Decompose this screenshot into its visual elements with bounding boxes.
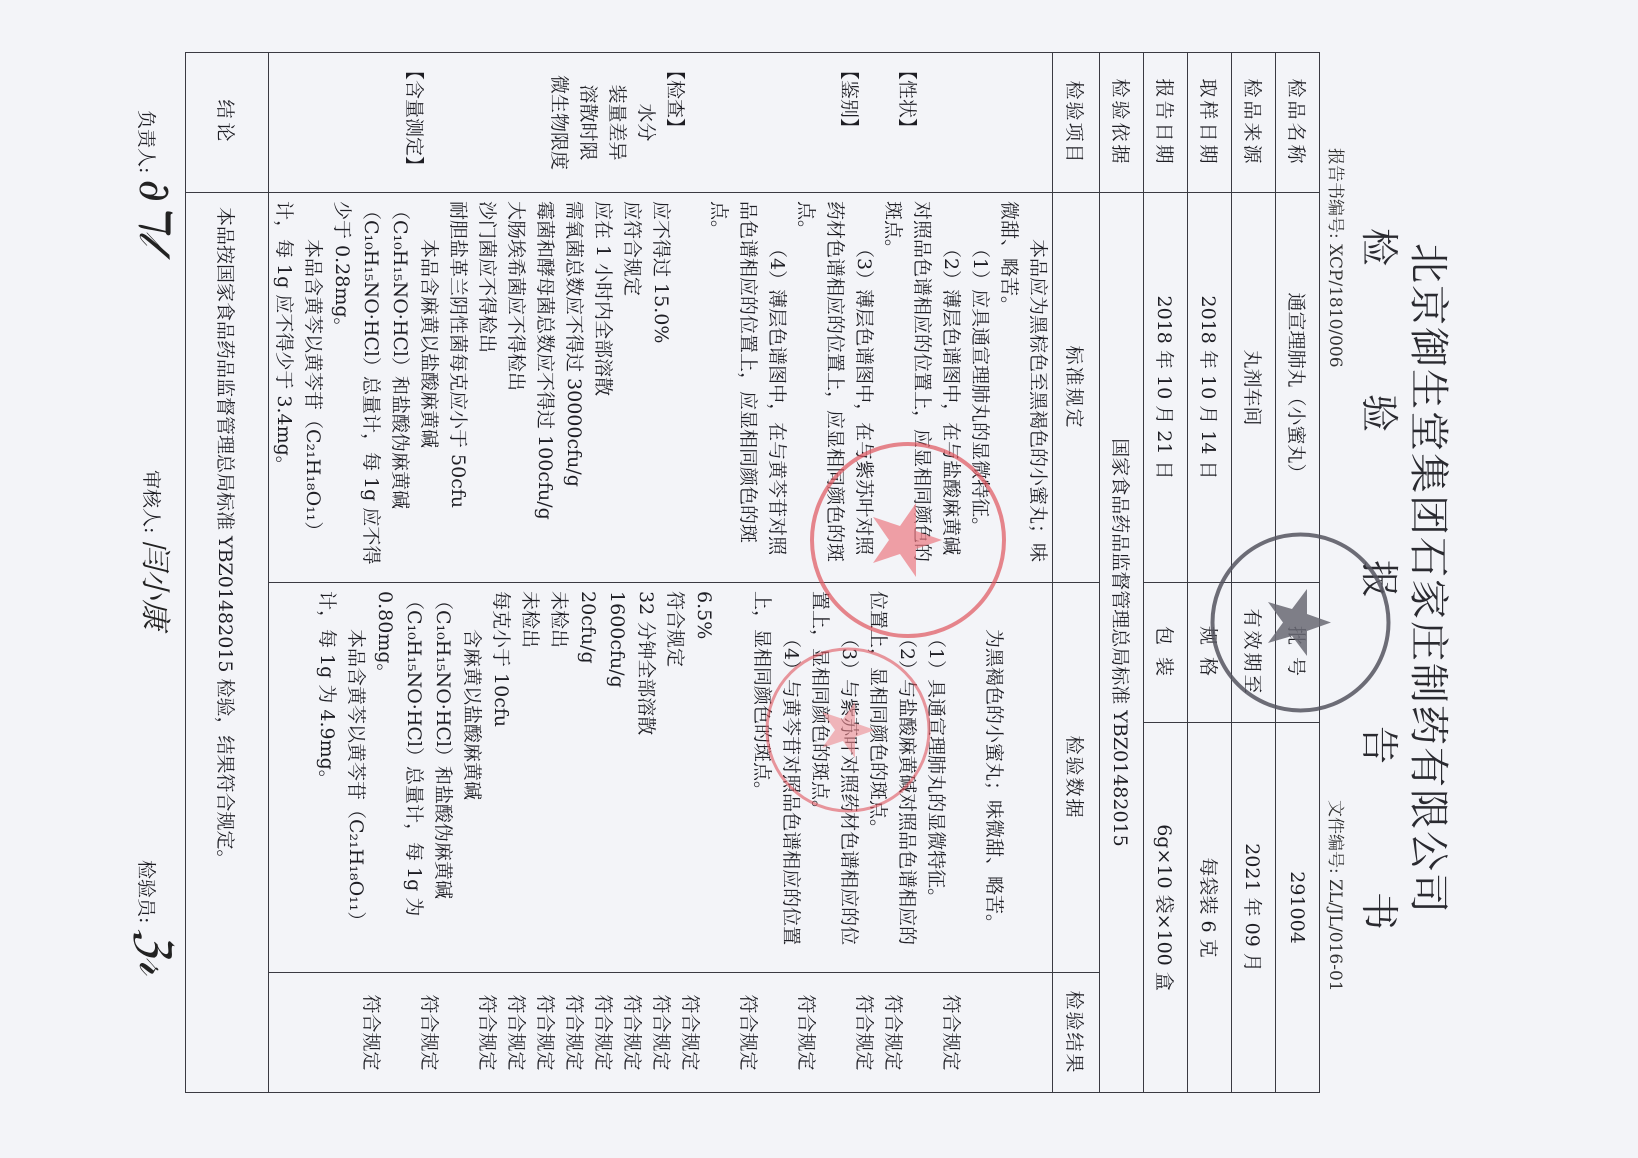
title-char: 书 — [1355, 892, 1410, 930]
inspection-stamp — [763, 645, 933, 815]
data-disintegration: 32 分钟全部溶散 — [632, 591, 661, 964]
std-bile-tolerant: 耐胆盐革兰阴性菌每克应小于 50cfu — [443, 201, 472, 574]
data-aerobic: 1600cfu/g — [603, 591, 632, 964]
std-assay-1: 本品含麻黄以盐酸麻黄碱（C₁₀H₁₅NO·HCl）和盐酸伪麻黄碱（C₁₀H₁₅N… — [327, 201, 443, 574]
item-character: 【性状】 — [893, 61, 922, 184]
std-moisture: 应不得过 15.0% — [646, 201, 675, 574]
qc-stamp — [1208, 530, 1393, 715]
value-expiry: 2021 年 09 月 — [1232, 723, 1276, 1093]
report-number: 报告书编号: XCP/1810/006 — [1325, 148, 1350, 368]
item-fill-variation: 装量差异 — [603, 61, 632, 184]
item-disintegration: 溶散时限 — [574, 61, 603, 184]
value-package: 6g×10 袋×100 盒 — [1144, 723, 1188, 1093]
std-fill-variation: 应符合规定 — [617, 201, 646, 574]
reviewer-signature: 闫小康 — [137, 539, 172, 629]
data-ecoli: 未检出 — [545, 591, 574, 964]
result-ident-1: 符合规定 — [878, 981, 907, 1084]
inspection-report-page: 北京御生堂集团石家庄制药有限公司 检验报告书 报告书编号: XCP/1810/0… — [0, 0, 1638, 1158]
value-product-name: 通宣理肺丸（小蜜丸） — [1276, 193, 1320, 583]
conclusion-text: 本品按国家食品药品监督管理总局标准 YBZ01482015 检验，结果符合规定。 — [186, 193, 269, 1093]
data-assay-2: 本品含黄芩以黄芩苷（C₂₁H₁₈O₁₁）计，每 1g 为 4.9mg。 — [313, 591, 371, 964]
result-bile-tolerant: 符合规定 — [472, 981, 501, 1084]
inspector-signature-ink: ℨ𝓇 — [129, 929, 180, 974]
title-char: 验 — [1355, 394, 1410, 432]
std-assay-2: 本品含黄芩以黄芩苷（C₂₁H₁₈O₁₁）计，每 1g 应不得少于 3.4mg。 — [269, 201, 327, 574]
responsible-signature-ink: ∂ℸ𝓁 — [129, 179, 180, 245]
quality-stamp — [808, 440, 1008, 640]
col-header-data: 检验数据 — [1053, 583, 1100, 973]
value-basis: 国家食品药品监督管理总局标准 YBZ01482015 — [1100, 193, 1144, 1093]
data-column: 为黑褐色的小蜜丸；味微甜、略苦。 （1）具通宣理肺丸的显微特征。 （2）与盐酸麻… — [269, 583, 1053, 973]
red-stamp-icon — [763, 645, 933, 815]
column-headers: 检验项目 标准规定 检验数据 检验结果 — [1053, 53, 1100, 1093]
data-character: 为黑褐色的小蜜丸；味微甜、略苦。 — [980, 591, 1009, 964]
report-number-label: 报告书编号: — [1325, 148, 1345, 239]
result-assay-2: 符合规定 — [356, 981, 385, 1084]
label-basis: 检验依据 — [1100, 53, 1144, 193]
std-mold-yeast: 霉菌和酵母菌总数应不得过 100cfu/g — [530, 201, 559, 574]
std-ident-4: （4）薄层色谱图中，在与黄芩苷对照品色谱相应的位置上，应显相同颜色的斑点。 — [704, 201, 791, 574]
item-inspection: 【检查】 — [661, 61, 690, 184]
item-identification: 【鉴别】 — [835, 61, 864, 184]
result-salmonella: 符合规定 — [501, 981, 530, 1084]
result-ident-2: 符合规定 — [849, 981, 878, 1084]
result-assay-1: 符合规定 — [414, 981, 443, 1084]
title-char: 检 — [1355, 228, 1410, 266]
col-header-result: 检验结果 — [1053, 973, 1100, 1093]
std-aerobic: 需氧菌总数应不得过 30000cfu/g — [559, 201, 588, 574]
std-salmonella: 沙门菌应不得检出 — [472, 201, 501, 574]
reviewer-label: 审核人: — [140, 470, 162, 533]
result-disintegration: 符合规定 — [617, 981, 646, 1084]
qc-stamp-icon — [1208, 530, 1393, 715]
inspector-label: 检验员: — [135, 860, 157, 923]
std-ecoli: 大肠埃希菌应不得检出 — [501, 201, 530, 574]
file-number: 文件编号: ZL/JL/016-01 — [1325, 800, 1350, 992]
title-char: 告 — [1355, 726, 1410, 764]
item-moisture: 水分 — [632, 61, 661, 184]
value-batch-no: 291004 — [1276, 723, 1320, 1093]
signature-reviewer: 审核人: 闫小康 — [136, 470, 180, 629]
report-table: 检品名称 通宣理肺丸（小蜜丸） 批 号 291004 检品来源 丸剂车间 有效期… — [185, 52, 1320, 1093]
responsible-label: 负责人: — [135, 110, 157, 173]
result-character: 符合规定 — [936, 981, 965, 1084]
std-disintegration: 应在 1 小时内全部溶散 — [588, 201, 617, 574]
test-items: 【性状】 【鉴别】 【检查】 水分 装量差异 溶散时限 微生物限度 【含量测定】 — [269, 53, 1053, 193]
conclusion-label: 结论 — [186, 53, 269, 193]
company-name: 北京御生堂集团石家庄制药有限公司 — [1403, 0, 1460, 1158]
signature-responsible: 负责人: ∂ℸ𝓁 — [129, 110, 180, 245]
label-sampling-date: 取样日期 — [1188, 53, 1232, 193]
col-header-standard: 标准规定 — [1053, 193, 1100, 583]
result-ident-4: 符合规定 — [733, 981, 762, 1084]
data-salmonella: 未检出 — [516, 591, 545, 964]
result-aerobic: 符合规定 — [588, 981, 617, 1084]
value-report-date: 2018 年 10 月 21 日 — [1144, 193, 1188, 583]
data-mold-yeast: 20cfu/g — [574, 591, 603, 964]
row-basis: 检验依据 国家食品药品监督管理总局标准 YBZ01482015 — [1100, 53, 1144, 1093]
label-report-date: 报告日期 — [1144, 53, 1188, 193]
file-number-value: ZL/JL/016-01 — [1325, 879, 1345, 991]
result-ident-3: 符合规定 — [791, 981, 820, 1084]
row-conclusion: 结论 本品按国家食品药品监督管理总局标准 YBZ01482015 检验，结果符合… — [186, 53, 269, 1093]
label-product-name: 检品名称 — [1276, 53, 1320, 193]
data-fill-variation: 符合规定 — [661, 591, 690, 964]
result-ecoli: 符合规定 — [530, 981, 559, 1084]
report-number-value: XCP/1810/006 — [1325, 244, 1345, 367]
data-bile-tolerant: 每克小于 10cfu — [487, 591, 516, 964]
item-assay: 【含量测定】 — [400, 61, 429, 184]
col-header-item: 检验项目 — [1053, 53, 1100, 193]
file-number-label: 文件编号: — [1325, 800, 1345, 874]
result-fill-variation: 符合规定 — [646, 981, 675, 1084]
item-microbial-limit: 微生物限度 — [545, 61, 574, 184]
result-column: 符合规定 符合规定 符合规定 符合规定 符合规定 符合规定 符合规定 符合规定 … — [269, 973, 1053, 1093]
label-source: 检品来源 — [1232, 53, 1276, 193]
result-moisture: 符合规定 — [675, 981, 704, 1084]
value-source: 丸剂车间 — [1232, 193, 1276, 583]
data-assay-1: 含麻黄以盐酸麻黄碱（C₁₀H₁₅NO·HCl）和盐酸伪麻黄碱（C₁₀H₁₅NO·… — [371, 591, 487, 964]
row-report-date: 报告日期 2018 年 10 月 21 日 包 装 6g×10 袋×100 盒 — [1144, 53, 1188, 1093]
result-mold-yeast: 符合规定 — [559, 981, 588, 1084]
data-moisture: 6.5% — [690, 591, 719, 964]
label-package: 包 装 — [1144, 583, 1188, 723]
signature-inspector: 检验员: ℨ𝓇 — [129, 860, 180, 975]
value-spec: 每袋装 6 克 — [1188, 723, 1232, 1093]
red-stamp-icon — [808, 440, 1008, 640]
value-sampling-date: 2018 年 10 月 14 日 — [1188, 193, 1232, 583]
